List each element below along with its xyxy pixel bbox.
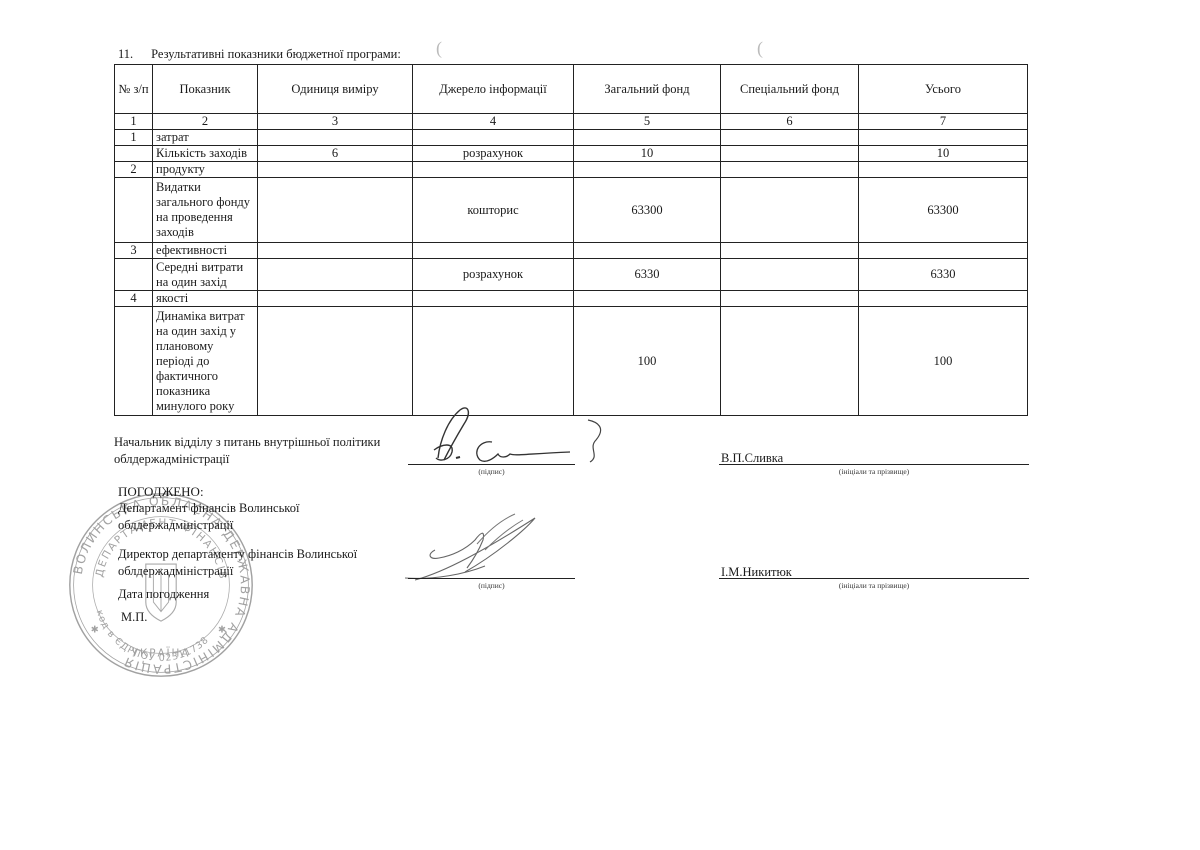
handwritten-signature-icon (420, 400, 610, 470)
header-unit: Одиниця виміру (258, 65, 413, 114)
header-indicator: Показник (153, 65, 258, 114)
indicator-special-fund (721, 146, 859, 162)
column-number: 2 (153, 114, 258, 130)
scan-artifact: ( (436, 38, 442, 59)
name-caption: (ініціали та прізвище) (719, 467, 1029, 476)
approved-department-line2: облдержадміністрації (118, 517, 357, 534)
section-number: 11. (118, 47, 148, 62)
table-row: Видатки загального фонду на проведення з… (115, 178, 1028, 243)
signature-line (408, 578, 575, 579)
head-position: Начальник відділу з питань внутрішньої п… (114, 434, 380, 468)
indicator-total: 100 (859, 307, 1028, 416)
empty-cell (721, 130, 859, 146)
head-position-line2: облдержадміністрації (114, 451, 380, 468)
empty-cell (413, 130, 574, 146)
empty-cell (258, 243, 413, 259)
category-row: 2 продукту (115, 162, 1028, 178)
category-number: 4 (115, 291, 153, 307)
approval-block: ПОГОДЖЕНО: Департамент фінансів Волинськ… (118, 483, 357, 626)
category-name: якості (153, 291, 258, 307)
column-number: 4 (413, 114, 574, 130)
approved-department-line1: Департамент фінансів Волинської (118, 500, 357, 517)
approved-label: ПОГОДЖЕНО: (118, 483, 357, 500)
header-number: № з/п (115, 65, 153, 114)
empty-cell (115, 178, 153, 243)
header-general-fund: Загальний фонд (574, 65, 721, 114)
empty-cell (721, 162, 859, 178)
empty-cell (115, 146, 153, 162)
indicator-special-fund (721, 307, 859, 416)
header-source: Джерело інформації (413, 65, 574, 114)
empty-cell (859, 243, 1028, 259)
indicator-unit (258, 259, 413, 291)
indicator-general-fund: 6330 (574, 259, 721, 291)
indicator-unit: 6 (258, 146, 413, 162)
header-total: Усього (859, 65, 1028, 114)
signature-caption: (підпис) (408, 581, 575, 590)
header-special-fund: Спеціальний фонд (721, 65, 859, 114)
empty-cell (413, 243, 574, 259)
category-number: 2 (115, 162, 153, 178)
category-number: 3 (115, 243, 153, 259)
section-title: Результативні показники бюджетної програ… (151, 47, 401, 61)
results-table: № з/п Показник Одиниця виміру Джерело ін… (114, 64, 1028, 416)
column-number: 1 (115, 114, 153, 130)
table-row: Кількість заходів 6 розрахунок 10 10 (115, 146, 1028, 162)
header-row: № з/п Показник Одиниця виміру Джерело ін… (115, 65, 1028, 114)
handwritten-signature-icon (405, 510, 555, 585)
indicator-unit (258, 307, 413, 416)
indicator-source: кошторис (413, 178, 574, 243)
empty-cell (258, 130, 413, 146)
category-row: 3 ефективності (115, 243, 1028, 259)
indicator-special-fund (721, 259, 859, 291)
indicator-total: 63300 (859, 178, 1028, 243)
approved-director-line2: облдержадміністрації (118, 563, 357, 580)
column-numbers-row: 1 2 3 4 5 6 7 (115, 114, 1028, 130)
category-row: 4 якості (115, 291, 1028, 307)
scan-artifact: ( (757, 38, 763, 59)
indicator-unit (258, 178, 413, 243)
signature-caption: (підпис) (408, 467, 575, 476)
indicator-total: 6330 (859, 259, 1028, 291)
column-number: 3 (258, 114, 413, 130)
indicator-name: Кількість заходів (153, 146, 258, 162)
indicator-source: розрахунок (413, 146, 574, 162)
empty-cell (574, 162, 721, 178)
column-number: 5 (574, 114, 721, 130)
name-line (719, 578, 1029, 579)
empty-cell (859, 291, 1028, 307)
empty-cell (413, 162, 574, 178)
indicator-total: 10 (859, 146, 1028, 162)
signature-line (408, 464, 575, 465)
svg-text:✱: ✱ (91, 625, 99, 636)
column-number: 6 (721, 114, 859, 130)
stamp-country: УКРАЇНА (132, 646, 191, 659)
approved-director-line1: Директор департаменту фінансів Волинсько… (118, 546, 357, 563)
category-name: ефективності (153, 243, 258, 259)
indicator-name: Середні витрати на один захід (153, 259, 258, 291)
indicator-special-fund (721, 178, 859, 243)
empty-cell (258, 162, 413, 178)
indicator-general-fund: 10 (574, 146, 721, 162)
category-row: 1 затрат (115, 130, 1028, 146)
category-name: затрат (153, 130, 258, 146)
category-number: 1 (115, 130, 153, 146)
head-position-line1: Начальник відділу з питань внутрішньої п… (114, 434, 380, 451)
empty-cell (115, 307, 153, 416)
empty-cell (721, 291, 859, 307)
section-heading: 11. Результативні показники бюджетної пр… (118, 47, 401, 62)
category-name: продукту (153, 162, 258, 178)
svg-text:✱: ✱ (218, 625, 226, 636)
approval-date-label: Дата погодження (118, 586, 357, 603)
column-number: 7 (859, 114, 1028, 130)
seal-label: М.П. (118, 609, 357, 626)
indicator-general-fund: 63300 (574, 178, 721, 243)
empty-cell (859, 162, 1028, 178)
name-caption: (ініціали та прізвище) (719, 581, 1029, 590)
table-row: Середні витрати на один захід розрахунок… (115, 259, 1028, 291)
name-line (719, 464, 1029, 465)
indicator-source: розрахунок (413, 259, 574, 291)
empty-cell (574, 130, 721, 146)
indicator-name: Динаміка витрат на один захід у плановом… (153, 307, 258, 416)
indicator-name: Видатки загального фонду на проведення з… (153, 178, 258, 243)
empty-cell (115, 259, 153, 291)
empty-cell (574, 291, 721, 307)
empty-cell (721, 243, 859, 259)
empty-cell (574, 243, 721, 259)
empty-cell (258, 291, 413, 307)
empty-cell (413, 291, 574, 307)
empty-cell (859, 130, 1028, 146)
